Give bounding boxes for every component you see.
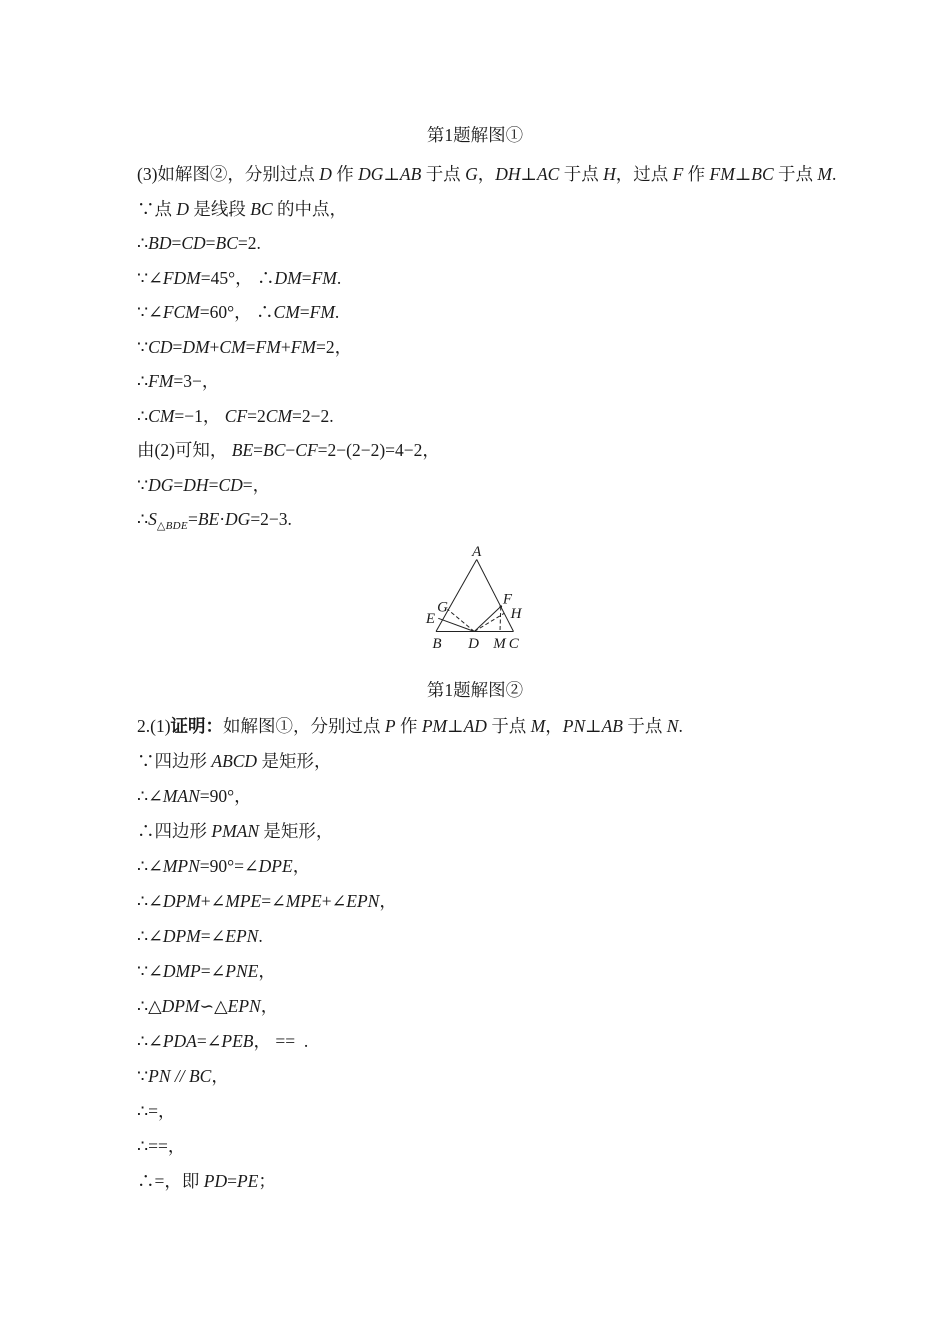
math-segment: BE xyxy=(198,509,219,529)
subscript-segment: △BDE xyxy=(157,520,188,532)
text-segment: = xyxy=(302,268,312,288)
text-line: ∴BD=CD=BC=2. xyxy=(137,226,847,261)
text-segment: 作 xyxy=(683,164,709,184)
math-segment: FM xyxy=(291,337,316,357)
text-segment: ∴△ xyxy=(137,996,162,1016)
math-segment: AB xyxy=(602,716,623,736)
math-segment: PE xyxy=(237,1171,258,1191)
math-segment: DG xyxy=(148,475,173,495)
text-segment: ∵四边形 xyxy=(137,751,211,771)
solution-part3-block: (3)如解图②，分别过点 D 作 DG⊥AB 于点 G，DH⊥AC 于点 H，过… xyxy=(137,157,847,537)
math-segment: CM xyxy=(274,302,300,322)
text-segment: =2， xyxy=(316,337,352,357)
text-segment: . xyxy=(258,926,262,946)
math-segment: CD xyxy=(218,475,242,495)
figure-label-G: G xyxy=(437,600,448,616)
text-segment: ∵ xyxy=(137,337,148,357)
math-segment: D xyxy=(319,164,332,184)
text-segment: 作 xyxy=(396,716,422,736)
text-segment: =2. xyxy=(238,233,261,253)
math-segment: DPM xyxy=(163,926,201,946)
text-segment: 作 xyxy=(332,164,358,184)
math-segment: N xyxy=(667,716,679,736)
math-segment: BE xyxy=(232,440,253,460)
text-segment: 是矩形， xyxy=(259,821,333,841)
math-segment: EPN xyxy=(228,996,261,1016)
text-line: ∴四边形 PMAN 是矩形， xyxy=(137,814,847,849)
figure-label-D: D xyxy=(467,636,479,652)
text-segment: + xyxy=(210,337,220,357)
math-segment: CF xyxy=(295,440,317,460)
text-segment: 于点 xyxy=(623,716,667,736)
text-line: ∴CM=−1， CF=2CM=2−2. xyxy=(137,399,847,434)
text-segment: 2.(1) xyxy=(137,716,171,736)
text-line: ∵∠FCM=60°， ∴CM=FM. xyxy=(137,295,847,330)
text-line: ∵PN // BC， xyxy=(137,1059,847,1094)
math-segment: CM xyxy=(148,406,174,426)
text-line: ∵CD=DM+CM=FM+FM=2， xyxy=(137,330,847,365)
text-segment: ∴∠ xyxy=(137,856,163,876)
segment-DF xyxy=(474,607,501,632)
text-segment: = xyxy=(253,440,263,460)
math-segment: PDA xyxy=(163,1031,197,1051)
text-line: ∵DG=DH=CD=， xyxy=(137,468,847,503)
text-segment: ∴ xyxy=(137,233,148,253)
text-segment: ⊥ xyxy=(383,164,399,184)
math-segment: MPE xyxy=(225,891,261,911)
math-segment: M xyxy=(817,164,832,184)
text-segment: 是线段 xyxy=(189,199,250,219)
text-segment: . xyxy=(337,268,341,288)
text-segment: ，过点 xyxy=(616,164,673,184)
math-segment: H xyxy=(603,164,616,184)
text-line: ∵∠FDM=45°， ∴DM=FM. xyxy=(137,261,847,296)
text-line: ∴=，即 PD=PE； xyxy=(137,1164,847,1199)
math-segment: PN // BC xyxy=(148,1066,211,1086)
text-segment: . xyxy=(335,302,339,322)
text-segment: =60°， ∴ xyxy=(200,302,274,322)
math-segment: DM xyxy=(274,268,301,288)
math-segment: DPM xyxy=(163,891,201,911)
math-segment: AD xyxy=(464,716,487,736)
math-segment: FCM xyxy=(163,302,200,322)
text-line: ∴△DPM∽△EPN， xyxy=(137,989,847,1024)
math-segment: BC xyxy=(216,233,238,253)
math-segment: G xyxy=(465,164,478,184)
text-segment: 于点 xyxy=(774,164,818,184)
figure-label-A: A xyxy=(471,544,482,560)
text-line: ∵四边形 ABCD 是矩形， xyxy=(137,744,847,779)
math-segment: M xyxy=(531,716,546,736)
text-segment: =2 xyxy=(247,406,266,426)
bold-segment: 证明： xyxy=(171,716,224,736)
math-segment: CF xyxy=(225,406,247,426)
text-line: ∴∠MAN=90°， xyxy=(137,779,847,814)
text-line: ∴∠PDA=∠PEB， == . xyxy=(137,1024,847,1059)
math-segment: BC xyxy=(250,199,272,219)
text-segment: ∴=，即 xyxy=(137,1171,204,1191)
figure2-caption: 第1题解图② xyxy=(0,679,950,701)
text-segment: ∵∠ xyxy=(137,268,163,288)
text-segment: = xyxy=(171,233,181,253)
figure-label-B: B xyxy=(432,636,441,652)
math-segment: PMAN xyxy=(211,821,259,841)
math-segment: ABCD xyxy=(211,751,257,771)
text-segment: . xyxy=(678,716,682,736)
text-segment: ∽△ xyxy=(200,996,228,1016)
text-segment: ， xyxy=(211,1066,229,1086)
math-segment: FM xyxy=(148,371,173,391)
figure-label-E: E xyxy=(425,611,435,627)
text-segment: =2−(2−2)=4−2， xyxy=(318,440,440,460)
math-segment: CM xyxy=(266,406,292,426)
text-segment: =−1， xyxy=(174,406,224,426)
math-segment: DH xyxy=(495,164,520,184)
text-segment: ， xyxy=(545,716,563,736)
text-segment: =3−， xyxy=(173,371,219,391)
text-segment: = xyxy=(227,1171,237,1191)
math-segment: CD xyxy=(148,337,172,357)
text-segment: ⊥ xyxy=(585,716,601,736)
math-segment: DMP xyxy=(163,961,201,981)
text-line: ∴S△BDE=BE·DG=2−3. xyxy=(137,502,847,537)
text-segment: ∵点 xyxy=(137,199,176,219)
text-segment: =∠ xyxy=(261,891,286,911)
geometry-figure: ABDMCEGFH xyxy=(398,540,543,652)
text-segment: =45°， ∴ xyxy=(201,268,275,288)
text-line: 由(2)可知， BE=BC−CF=2−(2−2)=4−2， xyxy=(137,433,847,468)
text-segment: = xyxy=(172,337,182,357)
text-segment: ∵∠ xyxy=(137,961,163,981)
math-segment: PD xyxy=(204,1171,227,1191)
text-segment: ， xyxy=(478,164,496,184)
figure-label-H: H xyxy=(510,606,523,622)
math-segment: BC xyxy=(263,440,285,460)
text-segment: =∠ xyxy=(201,961,226,981)
math-segment: DPE xyxy=(259,856,293,876)
text-segment: =2−2. xyxy=(292,406,334,426)
math-segment: FM xyxy=(256,337,281,357)
text-segment: =∠ xyxy=(197,1031,222,1051)
text-segment: = xyxy=(300,302,310,322)
math-segment: BD xyxy=(148,233,171,253)
text-line: ∴∠MPN=90°=∠DPE， xyxy=(137,849,847,884)
text-line: (3)如解图②，分别过点 D 作 DG⊥AB 于点 G，DH⊥AC 于点 H，过… xyxy=(137,157,847,192)
dashed-segment-DG xyxy=(448,609,475,631)
math-segment: FDM xyxy=(163,268,201,288)
text-line: ∴=， xyxy=(137,1094,847,1129)
text-segment: ⊥ xyxy=(520,164,536,184)
text-line: ∴FM=3−， xyxy=(137,364,847,399)
dashed-segment-FM xyxy=(500,607,501,632)
text-segment: +∠ xyxy=(201,891,226,911)
text-segment: . xyxy=(832,164,836,184)
text-segment: 是矩形， xyxy=(257,751,331,771)
text-segment: ⊥ xyxy=(735,164,751,184)
point-dot-F xyxy=(500,605,503,608)
math-segment: FM xyxy=(312,268,337,288)
solution-2-1-block: 2.(1)证明：如解图①，分别过点 P 作 PM⊥AD 于点 M，PN⊥AB 于… xyxy=(137,709,847,1199)
math-segment: F xyxy=(673,164,684,184)
text-segment: =90°=∠ xyxy=(200,856,259,876)
text-segment: 由(2)可知， xyxy=(137,440,232,460)
text-line: 2.(1)证明：如解图①，分别过点 P 作 PM⊥AD 于点 M，PN⊥AB 于… xyxy=(137,709,847,744)
math-segment: EPN xyxy=(346,891,379,911)
math-segment: MAN xyxy=(163,786,200,806)
segment-DE xyxy=(438,618,474,631)
text-segment: = xyxy=(209,475,219,495)
text-segment: ∵∠ xyxy=(137,302,163,322)
math-segment: DM xyxy=(182,337,209,357)
text-segment: + xyxy=(281,337,291,357)
math-segment: S xyxy=(148,509,157,529)
math-segment: FM xyxy=(710,164,735,184)
text-segment: (3)如解图②，分别过点 xyxy=(137,164,319,184)
math-segment: D xyxy=(176,199,189,219)
math-segment: FM xyxy=(310,302,335,322)
text-segment: ∴∠ xyxy=(137,1031,163,1051)
text-segment: ， xyxy=(261,996,279,1016)
text-segment: 于点 xyxy=(487,716,531,736)
math-segment: CD xyxy=(181,233,205,253)
math-segment: EPN xyxy=(225,926,258,946)
text-segment: ⊥ xyxy=(447,716,463,736)
page: { "captions": { "fig1": "第1题解图①", "fig2"… xyxy=(0,0,950,1344)
math-segment: CM xyxy=(219,337,245,357)
text-segment: − xyxy=(285,440,295,460)
math-segment: DPM xyxy=(162,996,200,1016)
text-line: ∴∠DPM=∠EPN. xyxy=(137,919,847,954)
text-segment: = xyxy=(173,475,183,495)
text-segment: ∴四边形 xyxy=(137,821,211,841)
figure-label-M: M xyxy=(492,636,507,652)
text-segment: ∴==， xyxy=(137,1136,185,1156)
text-segment: ∴ xyxy=(137,371,148,391)
text-segment: ， xyxy=(379,891,397,911)
text-segment: ∵ xyxy=(137,475,148,495)
text-segment: =2−3. xyxy=(250,509,292,529)
math-segment: PEB xyxy=(221,1031,253,1051)
text-segment: = xyxy=(206,233,216,253)
text-segment: ∴ xyxy=(137,509,148,529)
math-segment: BC xyxy=(751,164,773,184)
text-segment: =， xyxy=(243,475,270,495)
text-segment: ∵ xyxy=(137,1066,148,1086)
text-line: ∵点 D 是线段 BC 的中点， xyxy=(137,192,847,227)
text-segment: 的中点， xyxy=(273,199,347,219)
text-segment: 如解图①，分别过点 xyxy=(223,716,385,736)
text-segment: =∠ xyxy=(201,926,226,946)
text-segment: = xyxy=(246,337,256,357)
text-segment: ∴=， xyxy=(137,1101,176,1121)
math-segment: DH xyxy=(183,475,208,495)
text-segment: ∴∠ xyxy=(137,926,163,946)
text-segment: ， xyxy=(293,856,311,876)
math-segment: AB xyxy=(400,164,421,184)
text-segment: +∠ xyxy=(322,891,347,911)
text-segment: ， xyxy=(258,961,276,981)
text-line: ∵∠DMP=∠PNE， xyxy=(137,954,847,989)
math-segment: P xyxy=(385,716,396,736)
text-segment: = xyxy=(188,509,198,529)
math-segment: PM xyxy=(422,716,447,736)
figure1-caption: 第1题解图① xyxy=(0,124,950,146)
figure-label-C: C xyxy=(509,636,520,652)
math-segment: MPN xyxy=(163,856,200,876)
math-segment: PN xyxy=(563,716,585,736)
text-segment: ∴∠ xyxy=(137,786,163,806)
text-segment: ∴ xyxy=(137,406,148,426)
text-segment: 于点 xyxy=(559,164,603,184)
math-segment: DG xyxy=(358,164,383,184)
text-segment: ， == . xyxy=(253,1031,308,1051)
math-segment: MPE xyxy=(286,891,322,911)
text-line: ∴==， xyxy=(137,1129,847,1164)
text-segment: ∴∠ xyxy=(137,891,163,911)
math-segment: DG xyxy=(225,509,250,529)
text-line: ∴∠DPM+∠MPE=∠MPE+∠EPN， xyxy=(137,884,847,919)
text-segment: ； xyxy=(258,1171,276,1191)
text-segment: 于点 xyxy=(421,164,465,184)
math-segment: AC xyxy=(537,164,559,184)
math-segment: PNE xyxy=(225,961,258,981)
text-segment: =90°， xyxy=(200,786,252,806)
segment-AB xyxy=(436,560,477,632)
